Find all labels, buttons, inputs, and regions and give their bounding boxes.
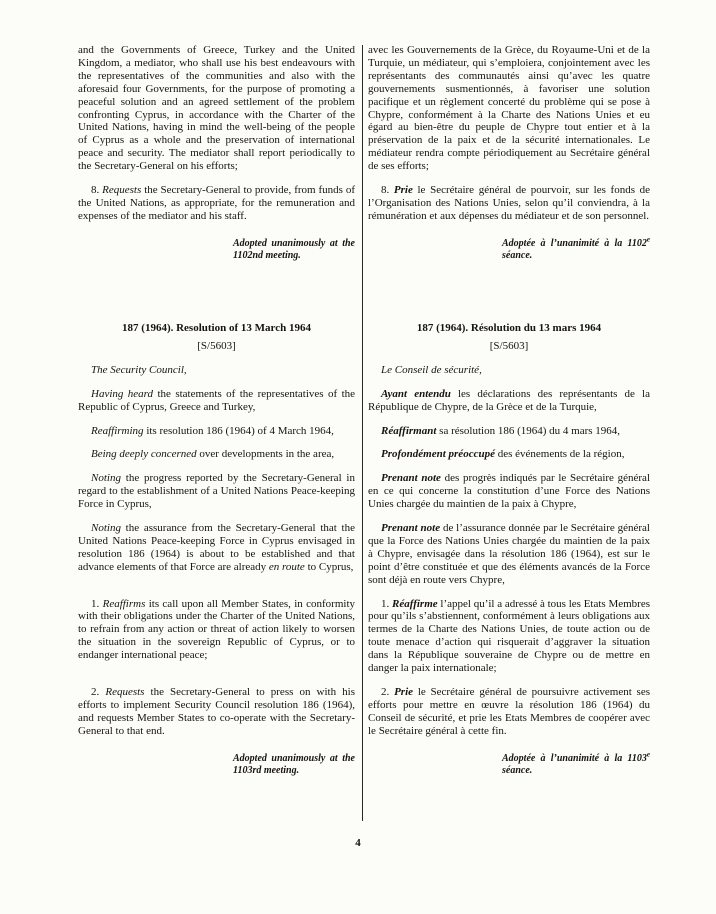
paragraph-fr-clause-8: 8. Prie le Secrétaire général de pourvoi…: [368, 184, 650, 223]
resolution-heading-fr: 187 (1964). Résolution du 13 mars 1964 […: [368, 322, 650, 353]
paragraph-fr-mediator-continuation: avec les Gouvernements de la Grèce, du R…: [368, 44, 650, 173]
resolution-heading-en: 187 (1964). Resolution of 13 March 1964 …: [78, 322, 355, 353]
preambular-lead: Noting: [91, 522, 121, 534]
clause-lead-word: Requests: [102, 184, 141, 196]
paragraph-en-council: The Security Council,: [78, 364, 355, 377]
paragraph-fr-prenant-note-progres: Prenant note des progrès indiqués par le…: [368, 472, 650, 511]
adoption-text: Adopted unanimously at the 1102nd meetin…: [233, 238, 355, 262]
resolution-title: 187 (1964). Résolution du 13 mars 1964: [368, 322, 650, 335]
clause-number: 2.: [381, 686, 394, 698]
paragraph-en-noting-progress: Noting the progress reported by the Secr…: [78, 472, 355, 511]
preambular-text: sa résolution 186 (1964) du 4 mars 1964,: [436, 425, 620, 437]
preambular-text: to Cyprus,: [305, 561, 354, 573]
page-number: 4: [0, 837, 716, 849]
preambular-text: des événements de la région,: [495, 448, 625, 460]
adoption-text: séance.: [502, 250, 532, 261]
ordinal-superscript: e: [647, 235, 650, 243]
paragraph-fr-clause-2: 2. Prie le Secrétaire général de poursui…: [368, 686, 650, 738]
document-page: and the Governments of Greece, Turkey an…: [0, 0, 716, 914]
adoption-note-fr-1103: Adoptée à l’unanimité à la 1103e séance.: [502, 753, 650, 778]
clause-lead-word: Reaffirms: [103, 598, 146, 610]
paragraph-fr-clause-1: 1. Réaffirme l’appel qu’il a adressé à t…: [368, 598, 650, 675]
adoption-text: Adoptée à l’unanimité à la 1102: [502, 238, 647, 249]
document-symbol: [S/5603]: [78, 340, 355, 353]
resolution-title: 187 (1964). Resolution of 13 March 1964: [78, 322, 355, 335]
preambular-lead: Being deeply concerned: [91, 448, 197, 460]
clause-number: 8.: [381, 184, 394, 196]
preambular-text: its resolution 186 (1964) of 4 March 196…: [144, 425, 334, 437]
clause-number: 1.: [91, 598, 103, 610]
adoption-text: Adopted unanimously at the 1103rd meetin…: [233, 753, 355, 777]
adoption-text: Adoptée à l’unanimité à la 1103: [502, 753, 647, 764]
clause-number: 1.: [381, 598, 392, 610]
adoption-note-en-1103: Adopted unanimously at the 1103rd meetin…: [233, 753, 355, 778]
preambular-lead: Reaffirming: [91, 425, 144, 437]
clause-lead-word: Prie: [394, 686, 413, 698]
paragraph-en-having-heard: Having heard the statements of the repre…: [78, 388, 355, 414]
preambular-lead: Having heard: [91, 388, 153, 400]
two-column-layout: and the Governments of Greece, Turkey an…: [78, 44, 650, 778]
paragraph-en-clause-2: 2. Requests the Secretary-General to pre…: [78, 686, 355, 738]
preambular-lead: Réaffirmant: [381, 425, 436, 437]
adoption-note-fr-1102: Adoptée à l’unanimité à la 1102e séance.: [502, 238, 650, 263]
paragraph-en-deeply-concerned: Being deeply concerned over developments…: [78, 448, 355, 461]
clause-lead-word: Prie: [394, 184, 413, 196]
paragraph-en-clause-8: 8. Requests the Secretary-General to pro…: [78, 184, 355, 223]
preambular-lead: Noting: [91, 472, 121, 484]
council-phrase: The Security Council,: [91, 364, 187, 376]
paragraph-en-noting-assurance: Noting the assurance from the Secretary-…: [78, 522, 355, 587]
paragraph-en-clause-1: 1. Reaffirms its call upon all Member St…: [78, 598, 355, 675]
clause-lead-word: Requests: [105, 686, 144, 698]
clause-lead-word: Réaffirme: [392, 598, 438, 610]
preambular-lead: Ayant entendu: [381, 388, 451, 400]
clause-number: 8.: [91, 184, 102, 196]
council-phrase: Le Conseil de sécurité,: [381, 364, 482, 376]
preambular-lead: Prenant note: [381, 472, 441, 484]
paragraph-en-mediator-continuation: and the Governments of Greece, Turkey an…: [78, 44, 355, 173]
preambular-text: over developments in the area,: [197, 448, 334, 460]
clause-number: 2.: [91, 686, 105, 698]
paragraph-en-reaffirming: Reaffirming its resolution 186 (1964) of…: [78, 425, 355, 438]
paragraph-fr-reaffirmant: Réaffirmant sa résolution 186 (1964) du …: [368, 425, 650, 438]
preambular-lead: Prenant note: [381, 522, 440, 534]
paragraph-fr-prenant-note-assurance: Prenant note de l’assurance donnée par l…: [368, 522, 650, 587]
paragraph-fr-ayant-entendu: Ayant entendu les déclarations des repré…: [368, 388, 650, 414]
en-route-phrase: en route: [269, 561, 305, 573]
paragraph-fr-profondement-preoccupe: Profondément préoccupé des événements de…: [368, 448, 650, 461]
preambular-lead: Profondément préoccupé: [381, 448, 495, 460]
ordinal-superscript: e: [647, 750, 650, 758]
adoption-text: séance.: [502, 765, 532, 776]
document-symbol: [S/5603]: [368, 340, 650, 353]
adoption-note-en-1102: Adopted unanimously at the 1102nd meetin…: [233, 238, 355, 263]
paragraph-fr-council: Le Conseil de sécurité,: [368, 364, 650, 377]
